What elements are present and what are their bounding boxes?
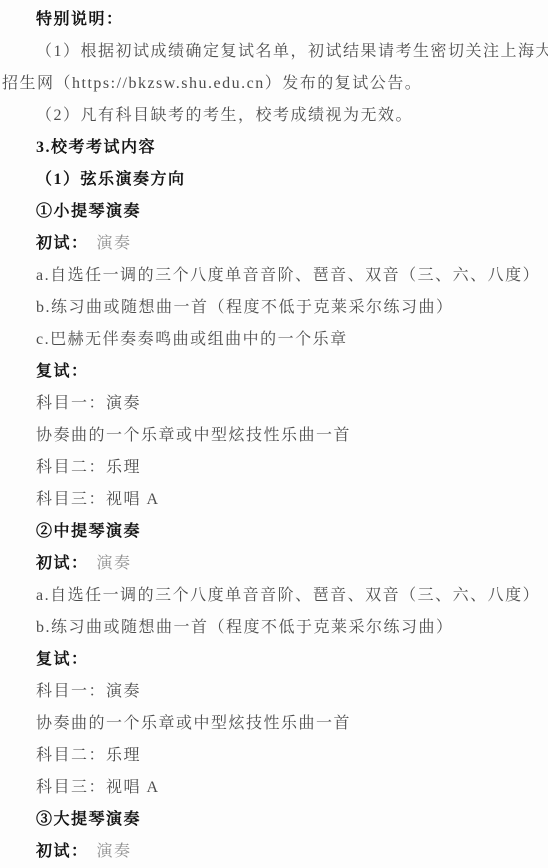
text-segment: ②中提琴演奏: [36, 523, 141, 540]
text-segment: ③大提琴演奏: [36, 811, 141, 828]
text-segment: （1）弦乐演奏方向: [36, 171, 186, 188]
document-page: 特别说明：（1）根据初试成绩确定复试名单，初试结果请考生密切关注上海大学本科招生…: [0, 0, 548, 868]
text-segment: 科目一：演奏: [36, 683, 141, 700]
text-segment: 初试：: [36, 235, 89, 252]
text-line-3: 招生网（https://bkzsw.shu.edu.cn）发布的复试公告。: [2, 68, 548, 100]
text-line-13: 科目一：演奏: [36, 388, 548, 420]
text-line-10: b.练习曲或随想曲一首（程度不低于克莱采尔练习曲）: [36, 292, 548, 324]
text-line-11: c.巴赫无伴奏奏鸣曲或组曲中的一个乐章: [36, 324, 548, 356]
text-segment: 演奏: [97, 843, 132, 860]
text-segment: 复试：: [36, 363, 89, 380]
text-line-21: 复试：: [36, 644, 548, 676]
text-line-8: 初试：演奏: [36, 228, 548, 260]
text-line-12: 复试：: [36, 356, 548, 388]
text-segment: （2）凡有科目缺考的考生，校考成绩视为无效。: [36, 107, 413, 124]
text-segment: c.巴赫无伴奏奏鸣曲或组曲中的一个乐章: [36, 331, 348, 348]
text-line-9: a.自选任一调的三个八度单音音阶、琶音、双音（三、六、八度）: [36, 260, 548, 292]
text-line-16: 科目三：视唱 A: [36, 484, 548, 516]
text-segment: 协奏曲的一个乐章或中型炫技性乐曲一首: [36, 427, 351, 444]
text-line-27: 初试：演奏: [36, 836, 548, 868]
text-line-15: 科目二：乐理: [36, 452, 548, 484]
text-line-1: 特别说明：: [36, 4, 548, 36]
text-segment: 科目二：乐理: [36, 459, 141, 476]
text-segment: a.自选任一调的三个八度单音音阶、琶音、双音（三、六、八度）: [36, 587, 540, 604]
text-segment: 招生网（https://bkzsw.shu.edu.cn）发布的复试公告。: [2, 75, 422, 92]
text-line-6: （1）弦乐演奏方向: [36, 164, 548, 196]
text-segment: 特别说明：: [36, 11, 124, 28]
text-line-20: b.练习曲或随想曲一首（程度不低于克莱采尔练习曲）: [36, 612, 548, 644]
text-segment: 科目一：演奏: [36, 395, 141, 412]
text-line-14: 协奏曲的一个乐章或中型炫技性乐曲一首: [36, 420, 548, 452]
text-segment: （1）根据初试成绩确定复试名单，初试结果请考生密切关注上海大学本科: [36, 43, 548, 60]
text-segment: a.自选任一调的三个八度单音音阶、琶音、双音（三、六、八度）: [36, 267, 540, 284]
text-segment: 科目二：乐理: [36, 747, 141, 764]
text-line-5: 3.校考考试内容: [36, 132, 548, 164]
text-segment: 科目三：视唱 A: [36, 779, 160, 796]
text-line-19: a.自选任一调的三个八度单音音阶、琶音、双音（三、六、八度）: [36, 580, 548, 612]
text-segment: b.练习曲或随想曲一首（程度不低于克莱采尔练习曲）: [36, 299, 454, 316]
text-line-22: 科目一：演奏: [36, 676, 548, 708]
text-line-17: ②中提琴演奏: [36, 516, 548, 548]
text-segment: 复试：: [36, 651, 89, 668]
text-segment: 初试：: [36, 555, 89, 572]
text-segment: 3.校考考试内容: [36, 139, 156, 156]
text-line-23: 协奏曲的一个乐章或中型炫技性乐曲一首: [36, 708, 548, 740]
text-segment: 演奏: [97, 555, 132, 572]
text-segment: 演奏: [97, 235, 132, 252]
text-line-4: （2）凡有科目缺考的考生，校考成绩视为无效。: [36, 100, 548, 132]
text-segment: 初试：: [36, 843, 89, 860]
text-line-26: ③大提琴演奏: [36, 804, 548, 836]
text-segment: ①小提琴演奏: [36, 203, 141, 220]
text-line-24: 科目二：乐理: [36, 740, 548, 772]
text-line-25: 科目三：视唱 A: [36, 772, 548, 804]
text-line-18: 初试：演奏: [36, 548, 548, 580]
text-line-2: （1）根据初试成绩确定复试名单，初试结果请考生密切关注上海大学本科: [36, 36, 548, 68]
text-segment: 协奏曲的一个乐章或中型炫技性乐曲一首: [36, 715, 351, 732]
text-segment: b.练习曲或随想曲一首（程度不低于克莱采尔练习曲）: [36, 619, 454, 636]
text-line-7: ①小提琴演奏: [36, 196, 548, 228]
text-segment: 科目三：视唱 A: [36, 491, 160, 508]
